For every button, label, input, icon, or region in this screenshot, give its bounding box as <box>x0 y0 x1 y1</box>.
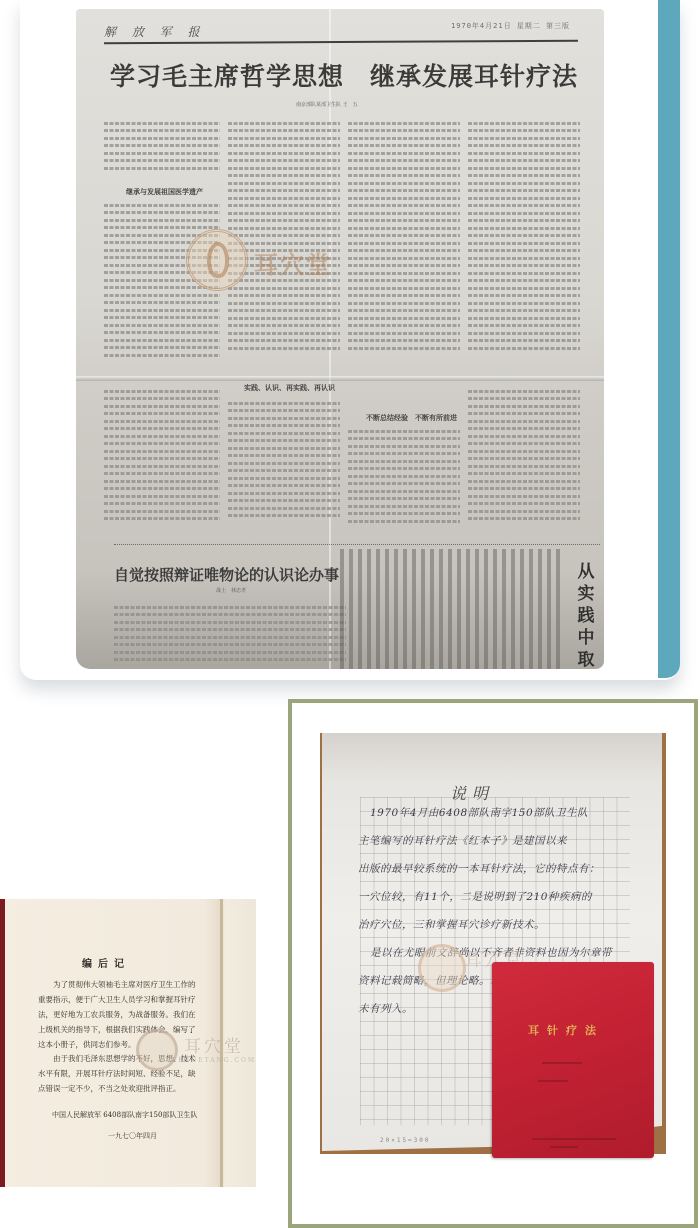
newspaper-date: 1970年4月21日 星期二 第三版 <box>451 21 570 31</box>
letter-line: 1970年4月由6408部队南字150部队卫生队 <box>370 805 588 820</box>
section-heading: 不断总结经验 不断有所前进 <box>366 413 457 423</box>
article-column <box>468 385 580 535</box>
newspaper-photo: 解 放 军 报 1970年4月21日 星期二 第三版 学习毛主席哲学思想 继承发… <box>76 9 604 669</box>
watermark-subtext: ERXUETANG.COM <box>172 1057 256 1064</box>
watermark-text: 耳穴堂 <box>254 245 332 280</box>
watermark-ear-icon <box>186 229 248 291</box>
booklet-title: 编后记 <box>82 955 130 970</box>
cover-emboss <box>550 1146 578 1148</box>
second-byline: 战士 林忠孝 <box>216 587 246 594</box>
article-column <box>228 397 340 535</box>
newspaper-headline: 学习毛主席哲学思想 继承发展耳针疗法 <box>110 57 580 93</box>
article-column <box>104 385 220 535</box>
red-book-cover: 耳针疗法 <box>492 962 654 1158</box>
letter-line: 出版的最早较系统的一本耳针疗法，它的特点有： <box>358 861 600 876</box>
teal-accent-bar <box>658 0 680 678</box>
article-column <box>114 601 346 669</box>
vertical-text-column <box>340 549 562 669</box>
section-heading: 继承与发展祖国医学遗产 <box>126 187 203 197</box>
letter-line: 未有列入。 <box>358 1001 413 1016</box>
letter-line: 主笔编写的耳针疗法《红本子》是建国以来 <box>358 833 567 848</box>
section-heading: 实践、认识、再实践、再认识 <box>244 383 335 393</box>
article-column <box>468 117 580 373</box>
masthead-rule <box>104 40 578 44</box>
vertical-headline: 从实践中取得工 <box>574 561 598 669</box>
paper-grid-code: 20×15=300 <box>380 1137 431 1144</box>
cover-emboss <box>542 1062 582 1064</box>
watermark-ear-icon <box>136 1029 178 1071</box>
article-column <box>104 117 220 177</box>
red-book-title: 耳针疗法 <box>528 1022 604 1038</box>
section-divider <box>114 544 600 545</box>
newspaper-masthead: 解 放 军 报 <box>104 23 205 40</box>
booklet-signature: 中国人民解放军 6408部队南字150部队卫生队 <box>52 1111 197 1120</box>
booklet-date: 一九七〇年四月 <box>108 1131 157 1141</box>
cover-emboss <box>538 1080 568 1082</box>
signature-unit: 6408部队南字150部队卫生队 <box>103 1111 197 1119</box>
letter-line: 一穴位较，有11个，二是说明到了210种疾病的 <box>358 889 592 904</box>
booklet-cover-edge <box>0 899 5 1187</box>
booklet-afterword-photo: 编后记 为了贯彻伟大领袖毛主席对医疗卫生工作的重要指示，便于广大卫生人员学习和掌… <box>0 899 256 1187</box>
article-column <box>348 117 460 373</box>
cover-emboss <box>532 1138 616 1140</box>
fold-line-horizontal <box>76 376 604 381</box>
article-column <box>348 425 460 535</box>
watermark-text: 耳穴堂 <box>184 1032 244 1057</box>
second-headline: 自觉按照辩证唯物论的认识论办事 <box>114 564 339 585</box>
letter-line: 治疗穴位，三和掌握耳穴诊疗新技术。 <box>358 917 545 932</box>
watermark-ear-icon <box>418 944 466 992</box>
newspaper-byline: 南京部队某部卫生队 王 五 <box>296 101 358 108</box>
signature-org: 中国人民解放军 <box>52 1111 101 1119</box>
letter-title: 说明 <box>450 781 494 804</box>
